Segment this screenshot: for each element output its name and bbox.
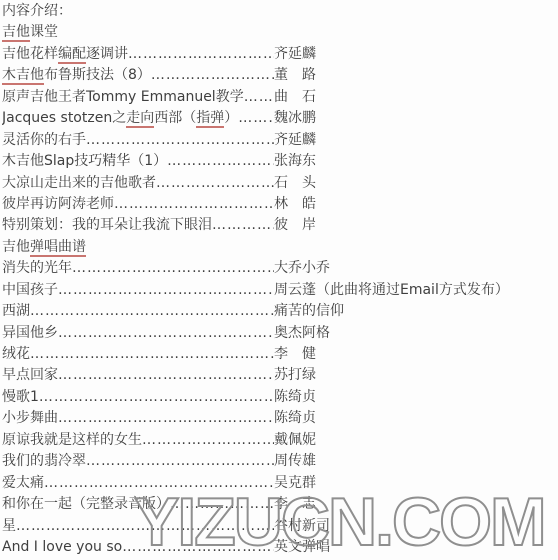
toc-line: 原声吉他王者Tommy Emmanuel教学曲 石 xyxy=(2,87,558,108)
item-title: 吉他课堂 xyxy=(2,22,58,43)
title-text: 绒花 xyxy=(2,346,30,362)
item-author: 周云蓬（此曲将通过Email方式发布） xyxy=(274,280,509,301)
item-author: 谷村新司 xyxy=(274,516,330,537)
item-title: 木吉他Slap技巧精华（1） xyxy=(2,151,167,172)
title-text: 大凉山走出来的吉他歌者 xyxy=(2,175,156,191)
dot-leader xyxy=(170,494,274,515)
title-text: Jacques stotzen之 xyxy=(2,110,126,126)
dot-leader xyxy=(44,473,274,494)
item-author: 吴克群 xyxy=(274,473,316,494)
dot-leader xyxy=(142,430,274,451)
dot-leader xyxy=(238,108,274,129)
title-and-leader: And I love you so xyxy=(2,537,274,558)
section-header: 内容介绍： xyxy=(2,1,558,22)
dot-leader xyxy=(114,194,274,215)
toc-line: 慢歌1陈绮贞 xyxy=(2,387,558,408)
title-text: 异国他乡 xyxy=(2,325,58,341)
item-author: 曲 石 xyxy=(274,87,316,108)
item-title: Jacques stotzen之走向西部（指弹） xyxy=(2,108,238,129)
dot-leader xyxy=(58,280,274,301)
spellcheck-underlined-text: 木吉他 xyxy=(2,67,44,85)
toc-line: 消失的光年大乔小乔 xyxy=(2,258,558,279)
spellcheck-underlined-text: 弹唱曲谱 xyxy=(30,239,86,257)
title-and-leader: 彼岸再访阿涛老师 xyxy=(2,194,274,215)
title-text: And I love you so xyxy=(2,539,122,555)
toc-line: 原谅我就是这样的女生戴佩妮 xyxy=(2,430,558,451)
spellcheck-underlined-text: 指弹 xyxy=(196,110,224,128)
title-text: 慢歌1 xyxy=(2,389,39,405)
title-and-leader: 中国孩子 xyxy=(2,280,274,301)
section-header: 吉他弹唱曲谱 xyxy=(2,237,558,258)
item-author: 石 头 xyxy=(274,173,316,194)
toc-line: 木吉他布鲁斯技法（8）董 路 xyxy=(2,65,558,86)
item-title: 小步舞曲 xyxy=(2,408,58,429)
item-title: 吉他弹唱曲谱 xyxy=(2,237,86,258)
title-and-leader: 原谅我就是这样的女生 xyxy=(2,430,274,451)
title-text: 爱太痛 xyxy=(2,475,44,491)
dot-leader xyxy=(72,258,274,279)
dot-leader xyxy=(16,516,274,537)
toc-line: 吉他花样编配逐调讲齐延麟 xyxy=(2,44,558,65)
dot-leader xyxy=(122,537,274,558)
title-text: 西湖 xyxy=(2,303,30,319)
item-author: 李 健 xyxy=(274,344,316,365)
item-author: 周传雄 xyxy=(274,451,316,472)
item-author: 陈绮贞 xyxy=(274,408,316,429)
item-title: 消失的光年 xyxy=(2,258,72,279)
item-author: 奥杰阿格 xyxy=(274,323,330,344)
item-title: 特别策划：我的耳朵让我流下眼泪 xyxy=(2,215,212,236)
title-text: 内容介绍： xyxy=(2,3,72,19)
toc-line: Jacques stotzen之走向西部（指弹）魏冰鹏 xyxy=(2,108,558,129)
dot-leader xyxy=(212,215,274,236)
spellcheck-underlined-text: 走向 xyxy=(126,110,154,128)
toc-line: 木吉他Slap技巧精华（1）张海东 xyxy=(2,151,558,172)
title-text: 木吉他Slap技巧精华（1） xyxy=(2,153,167,169)
title-text: 灵活你的右手 xyxy=(2,132,86,148)
toc-line: 和你在一起（完整录音版）李 志 xyxy=(2,494,558,515)
toc-line: 绒花李 健 xyxy=(2,344,558,365)
dot-leader xyxy=(128,44,274,65)
item-author: 林 皓 xyxy=(274,194,316,215)
title-and-leader: 大凉山走出来的吉他歌者 xyxy=(2,173,274,194)
item-author: 戴佩妮 xyxy=(274,430,316,451)
item-title: 早点回家 xyxy=(2,365,58,386)
title-text: 特别策划：我的耳朵让我流下眼泪 xyxy=(2,217,212,233)
toc-line: 特别策划：我的耳朵让我流下眼泪彼 岸 xyxy=(2,215,558,236)
item-author: 魏冰鹏 xyxy=(274,108,316,129)
toc-line: 彼岸再访阿涛老师林 皓 xyxy=(2,194,558,215)
title-text: 彼岸再访阿涛老师 xyxy=(2,196,114,212)
item-author: 李 志 xyxy=(274,494,316,515)
item-title: And I love you so xyxy=(2,537,122,558)
title-and-leader: 西湖 xyxy=(2,301,274,322)
title-and-leader: 原声吉他王者Tommy Emmanuel教学 xyxy=(2,87,274,108)
toc-line: 爱太痛吴克群 xyxy=(2,473,558,494)
spellcheck-underlined-text: 编配 xyxy=(58,46,86,64)
title-and-leader: 和你在一起（完整录音版） xyxy=(2,494,274,515)
item-title: 原声吉他王者Tommy Emmanuel教学 xyxy=(2,87,244,108)
title-text: 小步舞曲 xyxy=(2,410,58,426)
item-author: 大乔小乔 xyxy=(274,258,330,279)
title-text: 早点回家 xyxy=(2,367,58,383)
title-text: 消失的光年 xyxy=(2,260,72,276)
content-list: 内容介绍：吉他课堂吉他花样编配逐调讲齐延麟木吉他布鲁斯技法（8）董 路原声吉他王… xyxy=(0,0,558,558)
title-text: 原声吉他王者Tommy Emmanuel教学 xyxy=(2,89,244,105)
dot-leader xyxy=(58,408,274,429)
title-and-leader: 木吉他布鲁斯技法（8） xyxy=(2,65,274,86)
title-and-leader: 特别策划：我的耳朵让我流下眼泪 xyxy=(2,215,274,236)
title-text: 吉他花样 xyxy=(2,46,58,62)
title-text: 布鲁斯技法（8） xyxy=(44,67,151,83)
dot-leader xyxy=(151,65,274,86)
item-title: 绒花 xyxy=(2,344,30,365)
dot-leader xyxy=(244,87,274,108)
title-and-leader: 木吉他Slap技巧精华（1） xyxy=(2,151,274,172)
title-text: 课堂 xyxy=(30,24,58,40)
item-author: 陈绮贞 xyxy=(274,387,316,408)
item-title: 内容介绍： xyxy=(2,1,72,22)
title-text: ） xyxy=(224,110,238,126)
toc-line: 小步舞曲陈绮贞 xyxy=(2,408,558,429)
title-and-leader: 吉他弹唱曲谱 xyxy=(2,237,86,258)
toc-line: 中国孩子周云蓬（此曲将通过Email方式发布） xyxy=(2,280,558,301)
title-and-leader: 内容介绍： xyxy=(2,1,72,22)
dot-leader xyxy=(39,387,274,408)
title-and-leader: 爱太痛 xyxy=(2,473,274,494)
item-author: 董 路 xyxy=(274,65,316,86)
title-and-leader: 绒花 xyxy=(2,344,274,365)
toc-line: 灵活你的右手齐延麟 xyxy=(2,130,558,151)
item-title: 和你在一起（完整录音版） xyxy=(2,494,170,515)
toc-line: And I love you so英文弹唱 xyxy=(2,537,558,558)
title-text: 我们的翡冷翠 xyxy=(2,453,86,469)
item-title: 星 xyxy=(2,516,16,537)
item-title: 慢歌1 xyxy=(2,387,39,408)
dot-leader xyxy=(167,151,274,172)
item-title: 中国孩子 xyxy=(2,280,58,301)
title-text: 原谅我就是这样的女生 xyxy=(2,432,142,448)
item-author: 英文弹唱 xyxy=(274,537,330,558)
toc-line: 早点回家苏打绿 xyxy=(2,365,558,386)
title-and-leader: 慢歌1 xyxy=(2,387,274,408)
title-and-leader: 灵活你的右手 xyxy=(2,130,274,151)
toc-line: 异国他乡奥杰阿格 xyxy=(2,323,558,344)
item-title: 爱太痛 xyxy=(2,473,44,494)
title-and-leader: 早点回家 xyxy=(2,365,274,386)
title-text: 西部（ xyxy=(154,110,196,126)
title-and-leader: 小步舞曲 xyxy=(2,408,274,429)
title-text: 和你在一起（完整录音版） xyxy=(2,496,170,512)
title-and-leader: 我们的翡冷翠 xyxy=(2,451,274,472)
title-text: 逐调讲 xyxy=(86,46,128,62)
item-title: 木吉他布鲁斯技法（8） xyxy=(2,65,151,86)
title-and-leader: 消失的光年 xyxy=(2,258,274,279)
toc-line: 星谷村新司 xyxy=(2,516,558,537)
item-author: 齐延麟 xyxy=(274,44,316,65)
dot-leader xyxy=(30,344,274,365)
toc-line: 西湖痛苦的信仰 xyxy=(2,301,558,322)
item-author: 彼 岸 xyxy=(274,215,316,236)
item-title: 我们的翡冷翠 xyxy=(2,451,86,472)
item-title: 彼岸再访阿涛老师 xyxy=(2,194,114,215)
item-author: 齐延麟 xyxy=(274,130,316,151)
dot-leader xyxy=(86,451,274,472)
section-header: 吉他课堂 xyxy=(2,22,558,43)
title-text: 中国孩子 xyxy=(2,282,58,298)
item-author: 苏打绿 xyxy=(274,365,316,386)
dot-leader xyxy=(58,323,274,344)
item-title: 西湖 xyxy=(2,301,30,322)
dot-leader xyxy=(30,301,274,322)
toc-line: 我们的翡冷翠周传雄 xyxy=(2,451,558,472)
toc-line: 大凉山走出来的吉他歌者石 头 xyxy=(2,173,558,194)
title-and-leader: 吉他课堂 xyxy=(2,22,58,43)
dot-leader xyxy=(58,365,274,386)
item-title: 原谅我就是这样的女生 xyxy=(2,430,142,451)
item-title: 灵活你的右手 xyxy=(2,130,86,151)
item-author: 痛苦的信仰 xyxy=(274,301,344,322)
title-and-leader: 吉他花样编配逐调讲 xyxy=(2,44,274,65)
title-and-leader: Jacques stotzen之走向西部（指弹） xyxy=(2,108,274,129)
title-and-leader: 异国他乡 xyxy=(2,323,274,344)
item-title: 异国他乡 xyxy=(2,323,58,344)
title-and-leader: 星 xyxy=(2,516,274,537)
dot-leader xyxy=(86,130,274,151)
item-author: 张海东 xyxy=(274,151,316,172)
spellcheck-underlined-text: 吉他 xyxy=(2,24,30,42)
title-text: 吉他 xyxy=(2,239,30,255)
dot-leader xyxy=(156,173,274,194)
item-title: 吉他花样编配逐调讲 xyxy=(2,44,128,65)
item-title: 大凉山走出来的吉他歌者 xyxy=(2,173,156,194)
title-text: 星 xyxy=(2,518,16,534)
